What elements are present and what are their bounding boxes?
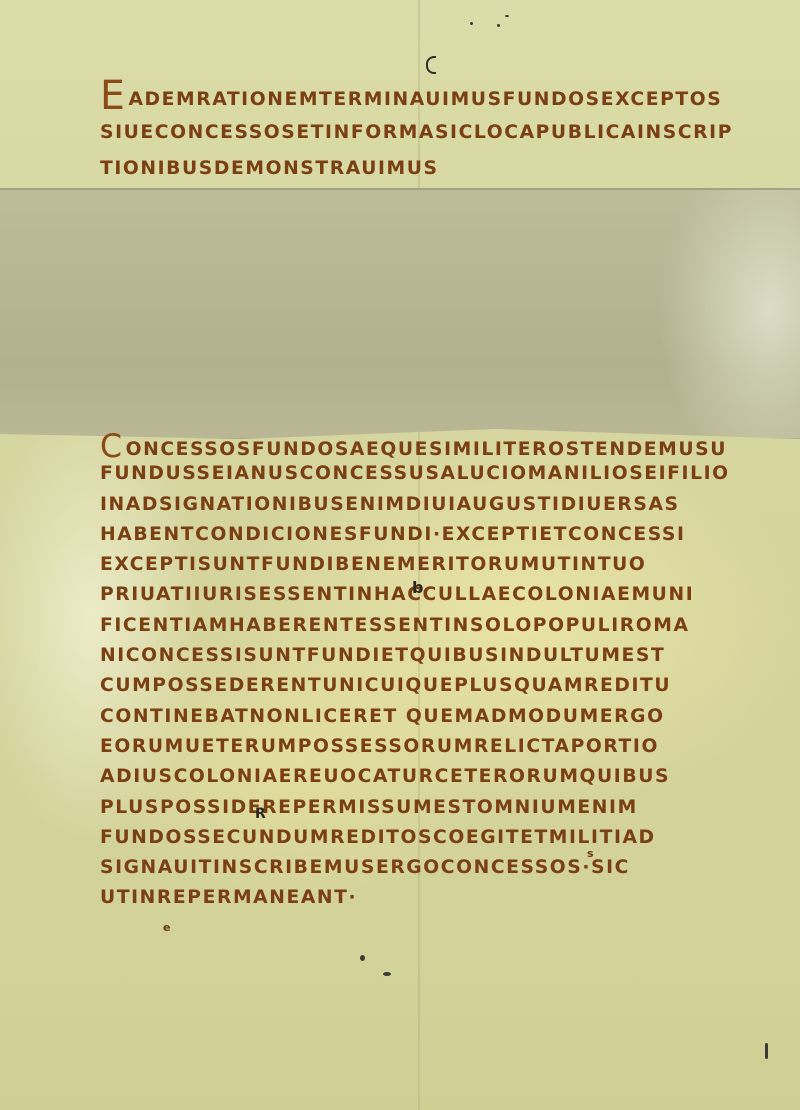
ink-mark (426, 56, 436, 74)
ink-stroke (765, 1043, 768, 1059)
superscript-correction: s (587, 847, 594, 860)
text-line: HABENTCONDICIONESFUNDI·EXCEPTIETCONCESSI (100, 519, 780, 549)
text-line: CONCESSOSFUNDOSAEQUESIMILITEROSTENDEMUSU (100, 428, 780, 458)
text-line: EORUMUETERUMPOSSESSORUMRELICTAPORTIO (100, 731, 780, 761)
interlinear-letter: R (255, 806, 266, 822)
text-line: PLUSPOSSIDEREPERMISSUMESTOMNIUMENIM (100, 792, 780, 822)
manuscript-folio: EADEMRATIONEMTERMINAUIMUSFUNDOSEXCEPTOS … (0, 0, 800, 1110)
ink-blot (383, 972, 391, 976)
line-text: ADEMRATIONEMTERMINAUIMUSFUNDOSEXCEPTOS (128, 88, 722, 110)
text-line: EXCEPTISUNTFUNDIBENEMERITORUMUTINTUO (100, 549, 780, 579)
text-line: FUNDOSSECUNDUMREDITOSCOEGITETMILITIAD (100, 822, 780, 852)
interlinear-letter: b (412, 578, 423, 597)
text-line: TIONIBUSDEMONSTRAUIMUS (100, 150, 780, 186)
ink-speck (505, 15, 509, 17)
decorated-initial: E (100, 78, 126, 114)
ink-blot (360, 955, 365, 961)
text-line: FICENTIAMHABERENTESSENTINSOLOPOPULIROMA (100, 610, 780, 640)
text-line: NICONCESSISUNTFUNDIETQUIBUSINDULTUMEST (100, 640, 780, 670)
text-line: PRIUATIIURISESSENTINHACCULLAECOLONIAEMUN… (100, 579, 780, 609)
text-line: SIUECONCESSOSETINFORMASICLOCAPUBLICAINSC… (100, 114, 780, 150)
upper-text-block: EADEMRATIONEMTERMINAUIMUSFUNDOSEXCEPTOS … (100, 78, 790, 186)
text-line: SIGNAUITINSCRIBEMUSERGOCONCESSOS·SIC (100, 852, 780, 882)
lower-text-block: CONCESSOSFUNDOSAEQUESIMILITEROSTENDEMUSU… (100, 428, 790, 913)
text-line: CUMPOSSEDERENTUNICUIQUEPLUSQUAMREDITU (100, 670, 780, 700)
text-line: CONTINEBATNONLICERET QUEMADMODUMERGO (100, 701, 780, 731)
text-line: EADEMRATIONEMTERMINAUIMUSFUNDOSEXCEPTOS (100, 78, 780, 114)
text-line: INADSIGNATIONIBUSENIMDIUIAUGUSTIDIUERSAS (100, 489, 780, 519)
ink-speck (497, 24, 500, 27)
line-text: ONCESSOSFUNDOSAEQUESIMILITEROSTENDEMUSU (126, 438, 727, 460)
superscript-correction: e (163, 921, 170, 934)
text-line: FUNDUSSEIANUSCONCESSUSALUCIOMANILIOSEIFI… (100, 458, 780, 488)
erased-section (0, 188, 800, 439)
text-line: UTINREPERMANEANT· (100, 882, 780, 912)
ink-speck (470, 22, 473, 25)
text-line: ADIUSCOLONIAEREUOCATURCETERORUMQUIBUS (100, 761, 780, 791)
